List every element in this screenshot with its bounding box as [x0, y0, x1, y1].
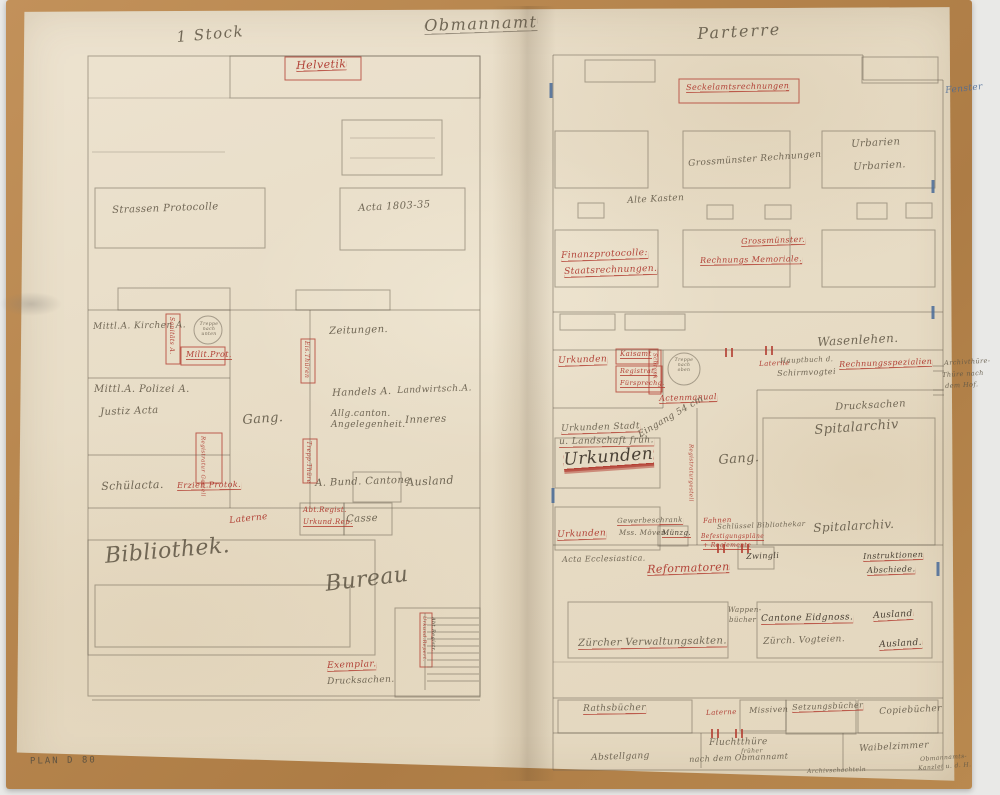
right-page-label: Wappen-: [728, 607, 762, 614]
room-box: [568, 602, 728, 658]
right-page-label: Treppe nach oben: [671, 358, 697, 373]
room-box: [906, 203, 932, 218]
left-page-label: Milit.Prot.: [186, 351, 232, 359]
right-page-label: bücher: [729, 617, 756, 624]
left-page-label: Angelegenheit.: [331, 421, 406, 430]
right-page-label: Laterne: [706, 709, 737, 717]
right-page-label: Münzg.: [662, 530, 691, 537]
left-page-label: Mittl.A. Polizei A.: [94, 385, 190, 395]
right-page-label: + Reglemente: [703, 543, 751, 549]
right-page-label: Gewerbeschrank: [617, 517, 683, 525]
room-box: [585, 60, 655, 82]
right-page-label: Zwingli: [746, 552, 779, 561]
room-box: [707, 205, 733, 219]
left-page-label: Schülacta.: [101, 479, 164, 492]
right-page-label: Rathsbücher: [583, 704, 646, 714]
left-page-label: Exemplar.: [327, 660, 377, 671]
right-page-label: Urkunden: [558, 355, 607, 366]
left-page-label: Abt.Registr.: [430, 617, 435, 652]
room-box: [95, 585, 350, 647]
document-title: Obmannamt: [424, 14, 538, 34]
room-box: [118, 288, 230, 310]
left-page-label: Eis.Thüren: [303, 341, 309, 378]
left-page-label: Inneres: [405, 415, 447, 426]
right-page-label: Befestigungspläne: [701, 534, 764, 540]
scan-smudge: [0, 292, 62, 316]
right-page-label: Cantone Eidgnoss.: [761, 613, 853, 624]
left-page-label: Justiz Acta: [100, 406, 159, 418]
left-page-label: Ausland: [406, 475, 454, 488]
right-page-label: Acta Ecclesiastica.: [562, 555, 646, 564]
left-page-label: Helvetik: [296, 58, 347, 71]
left-page-label: Handels A.: [332, 387, 392, 399]
right-page-label: Fürsprechg.: [620, 380, 665, 387]
left-page-label: Casse: [346, 514, 378, 525]
left-page-label: Trepp.Thüre: [305, 441, 311, 484]
right-page-label: Kaisamt: [620, 351, 652, 358]
right-page-title: Parterre: [697, 22, 782, 42]
left-page-label: Zeitungen.: [329, 325, 388, 337]
right-page-label: Registraturgestell: [687, 444, 693, 502]
right-page-label: Mss. Möven: [619, 530, 666, 537]
room-box: [342, 120, 442, 175]
room-box: [95, 188, 265, 248]
right-page-label: Missiven: [749, 706, 788, 715]
left-page-label: Urkund.Repert.: [421, 616, 426, 661]
left-page-label: Allg.canton.: [331, 410, 391, 419]
margin-note-label: dem Hof.: [945, 381, 979, 389]
left-page-label: Sanitäts A.: [168, 317, 174, 355]
room-box: [340, 188, 465, 250]
left-page-label: Treppe nach unten: [196, 322, 222, 337]
scanned-plan-document: 1 Stock Obmannamt Parterre PLAN D 80 Hel…: [0, 0, 1000, 795]
right-page-label: Reformatoren: [647, 561, 730, 575]
plan-number-stamp: PLAN D 80: [30, 755, 97, 766]
plan-geometry: [0, 0, 1000, 795]
room-box: [625, 314, 685, 330]
room-box: [230, 56, 480, 98]
room-box: [822, 230, 935, 287]
room-box: [862, 57, 938, 83]
room-box: [555, 131, 648, 188]
left-page-label: Erzieh.Protok.: [177, 481, 241, 490]
room-box: [857, 203, 887, 219]
right-page-label: Gang.: [718, 451, 760, 467]
right-page-label: Schrank: [651, 353, 657, 379]
left-page-label: Gang.: [242, 411, 284, 427]
room-box: [578, 203, 604, 218]
room-box: [765, 205, 791, 219]
room-box: [560, 314, 615, 330]
room-box: [296, 290, 390, 310]
left-page-label: Abt.Regist.: [303, 507, 347, 514]
right-page-label: Abschiede.: [867, 565, 916, 575]
right-page-label: Urkunden: [557, 529, 606, 540]
